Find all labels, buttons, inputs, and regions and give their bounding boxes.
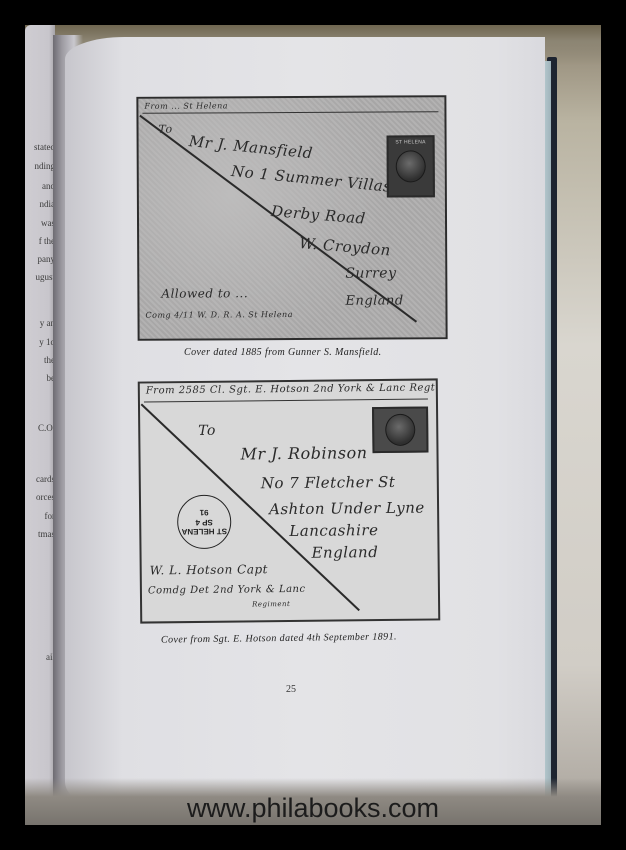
stamp — [372, 407, 428, 454]
facing-page-text: for — [25, 512, 55, 521]
facing-page-text: y 1d — [25, 338, 55, 347]
facing-page-text: the — [25, 356, 55, 365]
address-line: Mr J. Robinson — [240, 443, 367, 463]
page-number: 25 — [286, 684, 296, 695]
address-line: England — [311, 543, 378, 562]
watermark: www.philabooks.com — [0, 793, 626, 824]
queen-head-icon — [396, 150, 426, 182]
facing-page-text: and — [25, 182, 55, 191]
address-line: No 1 Summer Villas — [230, 162, 392, 196]
facing-page-text: pany — [25, 255, 55, 264]
facing-page-text: cards — [25, 475, 55, 484]
sender-line: Allowed to ... — [161, 286, 248, 300]
figure-caption: Cover dated 1885 from Gunner S. Mansfiel… — [184, 347, 382, 358]
sender-line: Regiment — [252, 600, 290, 608]
facing-page-text: tmas — [25, 530, 55, 539]
address-line: Surrey — [345, 265, 396, 281]
sender-line: Comdg Det 2nd York & Lanc — [148, 584, 306, 597]
envelope-top-line: From 2585 Cl. Sgt. E. Hotson 2nd York & … — [146, 382, 436, 396]
sender-line: Comg 4/11 W. D. R. A. St Helena — [145, 310, 293, 320]
facing-page-text: ndia — [25, 200, 55, 209]
address-line: Mr J. Mansfield — [188, 132, 314, 162]
facing-page-text: ail — [25, 653, 55, 662]
facing-page: stated nding and ndia was f the pany ugu… — [25, 25, 55, 815]
cover-image-1885: From ... St Helena To Mr J. Mansfield No… — [136, 95, 447, 341]
stamp: ST HELENA — [387, 135, 435, 197]
queen-head-icon — [385, 414, 415, 446]
envelope-top-line: From ... St Helena — [144, 101, 228, 110]
facing-page-text: C.O. — [25, 424, 55, 433]
facing-page-text: nding — [25, 162, 55, 171]
address-line: To — [158, 123, 172, 136]
address-line: Ashton Under Lyne — [269, 499, 425, 519]
address-line: Lancashire — [289, 521, 378, 540]
address-line: To — [198, 423, 216, 439]
sender-line: W. L. Hotson Capt — [150, 562, 268, 577]
facing-page-text: y an — [25, 319, 55, 328]
facing-page-text: stated — [25, 143, 55, 152]
cover-image-1891: From 2585 Cl. Sgt. E. Hotson 2nd York & … — [138, 378, 441, 623]
facing-page-text: be — [25, 374, 55, 383]
postmark: ST HELENA SP 4 91 — [177, 495, 232, 550]
address-line: England — [345, 293, 403, 308]
facing-page-text: f the — [25, 237, 55, 246]
address-line: No 7 Fletcher St — [261, 473, 396, 492]
facing-page-text: ugust — [25, 273, 55, 282]
facing-page-text: orces — [25, 493, 55, 502]
address-line: W. Croydon — [299, 234, 392, 259]
facing-page-text: was — [25, 219, 55, 228]
